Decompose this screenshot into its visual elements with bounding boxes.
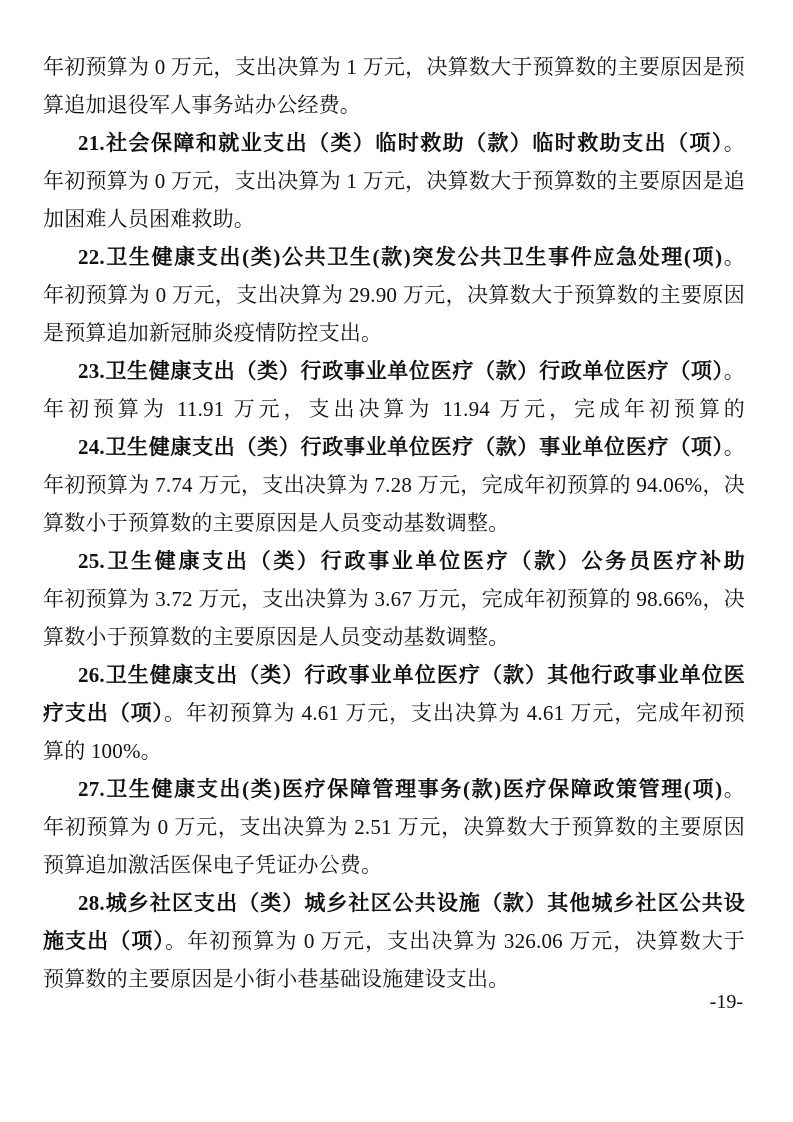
document-content: 年初预算为 0 万元，支出决算为 1 万元，决算数大于预算数的主要原因是预算追加… [43,48,745,998]
text-line: 年初预算为 0 万元，支出决算为 1 万元，决算数大于预算数的主要原因是预 [43,48,745,86]
text-line: 施支出（项）。年初预算为 0 万元，支出决算为 326.06 万元，决算数大于 [43,922,745,960]
text-segment: 算的 100%。 [43,739,162,763]
text-line: 是预算追加新冠肺炎疫情防控支出。 [43,314,745,352]
text-line: 疗支出（项）。年初预算为 4.61 万元，支出决算为 4.61 万元，完成年初预 [43,694,745,732]
heading-segment: 22.卫生健康支出(类)公共卫生(款)突发公共卫生事件应急处理(项) [78,245,722,269]
text-line: 23.卫生健康支出（类）行政事业单位医疗（款）行政单位医疗（项）。 [43,352,745,390]
text-segment: 年初预算为 3.72 万元，支出决算为 3.67 万元，完成年初预算的 98.6… [43,587,745,611]
heading-segment: 21.社会保障和就业支出（类）临时救助（款）临时救助支出（项） [78,131,724,155]
text-line: 年初预算为 0 万元，支出决算为 1 万元，决算数大于预算数的主要原因是追 [43,162,745,200]
text-segment: 。 [724,359,745,383]
text-segment: 年初预算为 0 万元，支出决算为 1 万元，决算数大于预算数的主要原因是追 [43,169,745,193]
text-segment: 算数小于预算数的主要原因是人员变动基数调整。 [43,511,509,535]
text-line: 27.卫生健康支出(类)医疗保障管理事务(款)医疗保障政策管理(项)。 [43,770,745,808]
text-segment: 。 [722,245,745,269]
text-line: 26.卫生健康支出（类）行政事业单位医疗（款）其他行政事业单位医 [43,656,745,694]
heading-segment: 25.卫生健康支出（类）行政事业单位医疗（款）公务员医疗补助（项） [43,549,745,580]
text-line: 28.城乡社区支出（类）城乡社区公共设施（款）其他城乡社区公共设 [43,884,745,922]
text-segment: 算数小于预算数的主要原因是人员变动基数调整。 [43,625,509,649]
heading-segment: 疗支出（项） [43,701,164,725]
text-line: 预算追加激活医保电子凭证办公费。 [43,846,745,884]
text-line: 算数小于预算数的主要原因是人员变动基数调整。 [43,618,745,656]
text-segment: 。年初预算为 0 万元，支出决算为 326.06 万元，决算数大于 [165,929,745,953]
heading-segment: 27.卫生健康支出(类)医疗保障管理事务(款)医疗保障政策管理(项) [78,777,722,801]
text-segment: 。 [724,131,745,155]
text-segment: 年初预算为 0 万元，支出决算为 1 万元，决算数大于预算数的主要原因是预 [43,55,745,79]
text-line: 算数小于预算数的主要原因是人员变动基数调整。 [43,504,745,542]
text-segment: 加困难人员困难救助。 [43,207,255,231]
page-number: -19- [710,988,743,1016]
text-line: 算追加退役军人事务站办公经费。 [43,86,745,124]
text-segment: 算追加退役军人事务站办公经费。 [43,93,361,117]
text-segment: 年初预算为 0 万元，支出决算为 2.51 万元，决算数大于预算数的主要原因是 [43,815,745,846]
text-segment: 预算追加激活医保电子凭证办公费。 [43,853,382,877]
text-line: 25.卫生健康支出（类）行政事业单位医疗（款）公务员医疗补助（项）。 [43,542,745,580]
heading-segment: 28.城乡社区支出（类）城乡社区公共设施（款）其他城乡社区公共设 [78,891,745,915]
text-line: 算的 100%。 [43,732,745,770]
text-line: 21.社会保障和就业支出（类）临时救助（款）临时救助支出（项）。 [43,124,745,162]
heading-segment: 26.卫生健康支出（类）行政事业单位医疗（款）其他行政事业单位医 [78,663,745,687]
text-segment: 。年初预算为 4.61 万元，支出决算为 4.61 万元，完成年初预 [164,701,745,725]
text-line: 22.卫生健康支出(类)公共卫生(款)突发公共卫生事件应急处理(项)。 [43,238,745,276]
text-segment: 年初预算为 0 万元，支出决算为 29.90 万元，决算数大于预算数的主要原因 [43,283,745,307]
text-segment: 是预算追加新冠肺炎疫情防控支出。 [43,321,382,345]
heading-segment: 23.卫生健康支出（类）行政事业单位医疗（款）行政单位医疗（项） [78,359,724,383]
heading-segment: 施支出（项） [43,929,165,953]
document-page: 年初预算为 0 万元，支出决算为 1 万元，决算数大于预算数的主要原因是预算追加… [0,0,793,1122]
text-segment: 年初预算为 11.91 万元，支出决算为 11.94 万元，完成年初预算的 10… [43,397,745,428]
text-line: 加困难人员困难救助。 [43,200,745,238]
text-line: 年初预算为 3.72 万元，支出决算为 3.67 万元，完成年初预算的 98.6… [43,580,745,618]
text-line: 年初预算为 0 万元，支出决算为 29.90 万元，决算数大于预算数的主要原因 [43,276,745,314]
text-segment: 。 [724,435,745,459]
text-line: 年初预算为 0 万元，支出决算为 2.51 万元，决算数大于预算数的主要原因是 [43,808,745,846]
text-segment: 预算数的主要原因是小街小巷基础设施建设支出。 [43,967,509,991]
text-line: 年初预算为 11.91 万元，支出决算为 11.94 万元，完成年初预算的 10… [43,390,745,428]
text-segment: 年初预算为 7.74 万元，支出决算为 7.28 万元，完成年初预算的 94.0… [43,473,745,497]
heading-segment: 24.卫生健康支出（类）行政事业单位医疗（款）事业单位医疗（项） [78,435,724,459]
text-line: 预算数的主要原因是小街小巷基础设施建设支出。 [43,960,745,998]
text-line: 年初预算为 7.74 万元，支出决算为 7.28 万元，完成年初预算的 94.0… [43,466,745,504]
text-segment: 。 [722,777,745,801]
text-line: 24.卫生健康支出（类）行政事业单位医疗（款）事业单位医疗（项）。 [43,428,745,466]
